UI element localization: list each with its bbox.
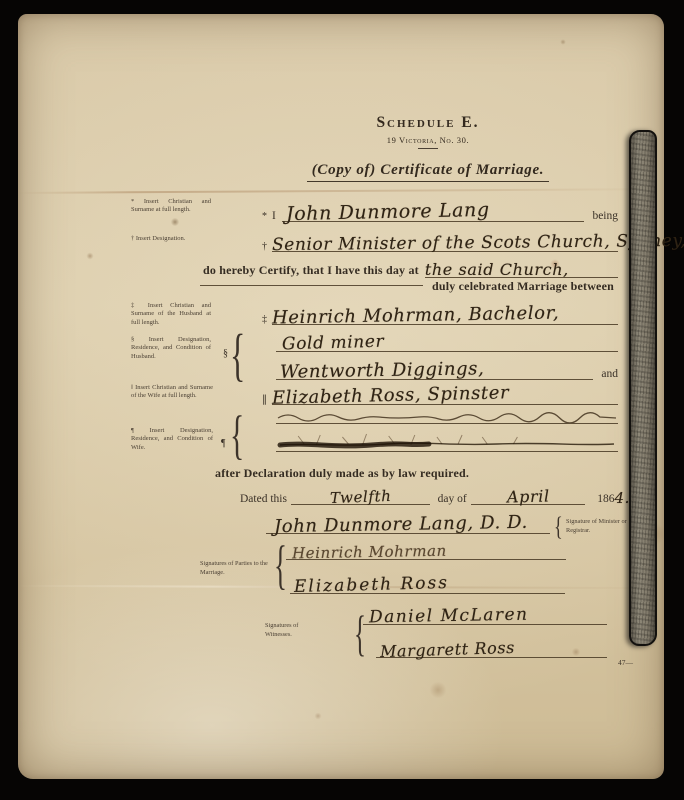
handwritten-husband-designation: Gold miner: [282, 332, 385, 355]
handwritten-minister-signature: John Dunmore Lang, D. D.: [274, 512, 528, 537]
husband-residence-row: Wentworth Diggings, and: [276, 356, 618, 380]
illegible-scribble-line: [276, 411, 618, 424]
printed-day-of: day of: [438, 493, 467, 505]
handwritten-day: Twelfth: [329, 487, 391, 507]
reference-mark-double-dagger: ‡: [262, 314, 267, 325]
certificate-paper: Schedule E. 19 Victoria, No. 30. (Copy o…: [18, 14, 664, 779]
handwritten-minister-name: John Dunmore Lang: [286, 199, 490, 225]
binding-strip: [629, 130, 657, 646]
reference-mark-asterisk: *: [262, 211, 267, 222]
minister-signature-label: Signature of Minister or Registrar.: [566, 518, 630, 535]
printed-dated-this: Dated this: [240, 493, 287, 505]
margin-note-husband-name: ‡ Insert Christian and Surname of the Hu…: [131, 302, 211, 327]
witness-signature-row: Margarett Ross: [376, 634, 607, 658]
margin-note-minister-name: * Insert Christian and Surname at full l…: [131, 198, 211, 215]
margin-note-husband-details: § Insert Designation, Residence, and Con…: [131, 336, 211, 361]
printed-word-being: being: [592, 210, 618, 222]
dated-row: Dated this Twelfth day of April 186 4.: [240, 481, 630, 505]
witnesses-signatures-label: Signatures of Witnesses.: [265, 622, 321, 639]
schedule-heading: Schedule E.: [168, 114, 684, 132]
reference-mark-dagger: †: [262, 241, 267, 252]
reference-mark-double-bar: ‖: [262, 394, 267, 405]
party-signature-row: Elizabeth Ross: [290, 570, 565, 594]
handwritten-party-signature-husband: Heinrich Mohrman: [292, 542, 447, 563]
handwritten-witness-signature-1: Daniel McLaren: [369, 605, 529, 628]
document-header: Schedule E. 19 Victoria, No. 30. (Copy o…: [168, 114, 684, 182]
printed-celebrated-text: duly celebrated Marriage between: [432, 279, 614, 294]
handwritten-party-signature-wife: Elizabeth Ross: [294, 573, 449, 597]
blank-rule: [200, 284, 423, 286]
paper-crease: [18, 188, 664, 194]
printed-year-prefix: 186: [597, 493, 614, 505]
wife-designation-row: [276, 402, 618, 424]
handwritten-witness-signature-2: Margarett Ross: [380, 638, 515, 661]
act-reference: 19 Victoria, No. 30.: [168, 135, 684, 145]
witnesses-brace: {: [354, 608, 366, 658]
minister-designation-row: † Senior Minister of the Scots Church, S…: [262, 226, 618, 252]
witness-signature-row: Daniel McLaren: [363, 601, 607, 625]
husband-designation-row: Gold miner: [276, 328, 618, 352]
minister-name-row: * I John Dunmore Lang being: [262, 196, 618, 222]
husband-name-row: ‡ Heinrich Mohrman, Bachelor,: [262, 299, 618, 325]
declaration-text: after Declaration duly made as by law re…: [215, 466, 469, 481]
printed-word-i: I: [272, 210, 276, 222]
margin-note-designation: † Insert Designation.: [131, 235, 211, 243]
illegible-struck-out-scribble: [276, 433, 618, 452]
handwritten-month: April: [506, 486, 549, 506]
husband-details-brace: {: [230, 326, 245, 384]
celebrated-row: duly celebrated Marriage between: [200, 270, 614, 294]
margin-note-wife-details: ¶ Insert Designation, Residence, and Con…: [131, 427, 213, 452]
wife-residence-row: [276, 432, 618, 452]
handwritten-husband-name: Heinrich Mohrman, Bachelor,: [272, 302, 560, 328]
scanned-document-background: Schedule E. 19 Victoria, No. 30. (Copy o…: [0, 0, 684, 800]
parties-signatures-label: Signatures of Parties to the Marriage.: [200, 560, 280, 577]
document-title: (Copy of) Certificate of Marriage.: [307, 162, 550, 182]
plate-number: 47—: [618, 658, 633, 667]
margin-note-wife-name: ‖ Insert Christian and Surname of the Wi…: [131, 384, 213, 401]
reference-mark-section: §: [223, 348, 228, 359]
wife-details-brace: {: [230, 408, 244, 462]
party-signature-row: Heinrich Mohrman: [286, 536, 566, 560]
handwritten-year-digit: 4.: [614, 489, 630, 507]
minister-signature-row: John Dunmore Lang, D. D.: [266, 508, 550, 534]
reference-mark-pilcrow: ¶: [221, 438, 226, 449]
